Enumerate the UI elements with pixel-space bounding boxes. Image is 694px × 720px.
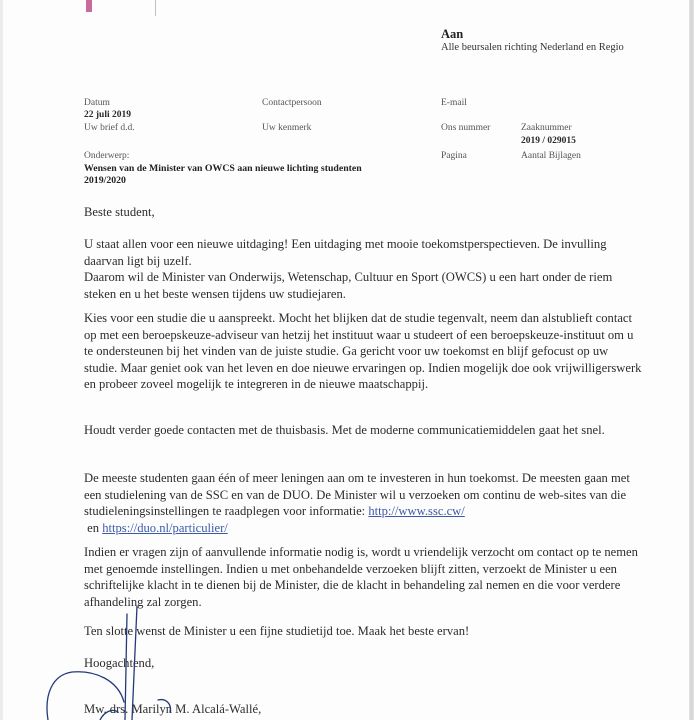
- uw-brief-label: Uw brief d.d.: [84, 123, 135, 133]
- paragraph-4-body: De meeste studenten gaan één of meer len…: [84, 471, 630, 518]
- letter-paragraph-1: U staat allen voor een nieuwe uitdaging!…: [84, 236, 644, 302]
- recipient-label: Aan: [441, 27, 463, 42]
- onderwerp-line-2: 2019/2020: [84, 175, 126, 187]
- letter-signatory: Mw. drs. Marilyn M. Alcalá-Wallé,: [84, 701, 664, 718]
- contactpersoon-label: Contactpersoon: [262, 98, 322, 108]
- zaaknummer-value: 2019 / 029015: [521, 136, 576, 146]
- closing-text: Hoogachtend,: [84, 655, 664, 672]
- page-edge-left: [0, 0, 3, 720]
- salutation-text: Beste student,: [84, 204, 664, 221]
- duo-link[interactable]: https://duo.nl/particulier/: [102, 521, 228, 535]
- logo-divider: [155, 0, 156, 16]
- bijlagen-label: Aantal Bijlagen: [521, 151, 581, 161]
- letter-paragraph-5: Indien er vragen zijn of aanvullende inf…: [84, 544, 644, 610]
- logo-fragment: [86, 0, 92, 12]
- recipient-name: Alle beursalen richting Nederland en Reg…: [441, 42, 624, 53]
- paragraph-4-conj: en: [87, 521, 99, 535]
- paragraph-3-text: Houdt verder goede contacten met de thui…: [84, 422, 644, 439]
- paragraph-4-text: De meeste studenten gaan één of meer len…: [84, 470, 644, 536]
- ons-nummer-label: Ons nummer: [441, 123, 490, 133]
- paragraph-1b-text: Daarom wil de Minister van Onderwijs, We…: [84, 269, 644, 302]
- paragraph-2-text: Kies voor een studie die u aanspreekt. M…: [84, 310, 644, 393]
- onderwerp-line-1: Wensen van de Minister van OWCS aan nieu…: [84, 163, 362, 175]
- onderwerp-label: Onderwerp:: [84, 151, 129, 161]
- paragraph-1-text: U staat allen voor een nieuwe uitdaging!…: [84, 236, 644, 269]
- pagina-label: Pagina: [441, 151, 467, 161]
- signatory-text: Mw. drs. Marilyn M. Alcalá-Wallé,: [84, 701, 664, 718]
- paragraph-6-text: Ten slotte wenst de Minister u een fijne…: [84, 623, 664, 640]
- letter-salutation: Beste student,: [84, 204, 664, 221]
- letter-paragraph-2: Kies voor een studie die u aanspreekt. M…: [84, 310, 644, 393]
- letter-closing: Hoogachtend,: [84, 655, 664, 672]
- letter-paragraph-4: De meeste studenten gaan één of meer len…: [84, 470, 644, 536]
- paragraph-5-text: Indien er vragen zijn of aanvullende inf…: [84, 544, 644, 610]
- datum-label: Datum: [84, 98, 110, 108]
- ssc-link[interactable]: http://www.ssc.cw/: [368, 504, 464, 518]
- uw-kenmerk-label: Uw kenmerk: [262, 123, 311, 133]
- datum-value: 22 juli 2019: [84, 110, 131, 120]
- letter-paragraph-6: Ten slotte wenst de Minister u een fijne…: [84, 623, 664, 640]
- email-label: E-mail: [441, 98, 467, 108]
- zaaknummer-label: Zaaknummer: [521, 123, 572, 133]
- letter-paragraph-3: Houdt verder goede contacten met de thui…: [84, 422, 644, 439]
- page-edge-right: [689, 0, 694, 720]
